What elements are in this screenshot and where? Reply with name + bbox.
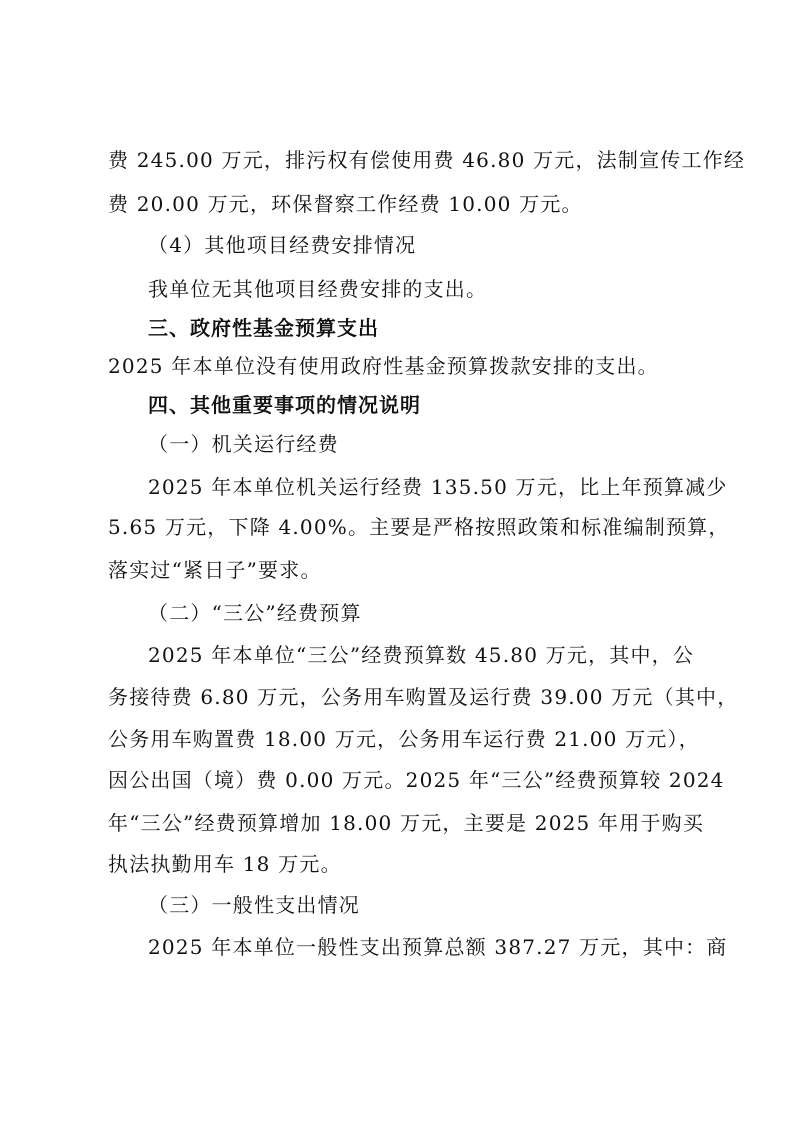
paragraph-line: 公务用车购置费 18.00 万元，公务用车运行费 21.00 万元）， bbox=[108, 725, 688, 753]
paragraph-line: 费 245.00 万元，排污权有偿使用费 46.80 万元，法制宣传工作经 bbox=[108, 146, 688, 174]
paragraph-line: 2025 年本单位机关运行经费 135.50 万元，比上年预算减少 bbox=[148, 473, 688, 501]
heading-other-matters: 四、其他重要事项的情况说明 bbox=[148, 391, 688, 419]
subheading-other-projects: （4）其他项目经费安排情况 bbox=[148, 231, 728, 259]
paragraph-line: 年“三公”经费预算增加 18.00 万元，主要是 2025 年用于购买 bbox=[108, 809, 688, 837]
paragraph-line: 执法执勤用车 18 万元。 bbox=[108, 850, 688, 878]
paragraph-line: 5.65 万元，下降 4.00%。主要是严格按照政策和标准编制预算， bbox=[108, 513, 688, 541]
paragraph-line: 2025 年本单位一般性支出预算总额 387.27 万元，其中：商 bbox=[148, 933, 688, 961]
paragraph-line: 务接待费 6.80 万元，公务用车购置及运行费 39.00 万元（其中， bbox=[108, 683, 688, 711]
paragraph-line: 2025 年本单位没有使用政府性基金预算拨款安排的支出。 bbox=[108, 352, 688, 380]
paragraph-line: 落实过“紧日子”要求。 bbox=[108, 556, 688, 584]
paragraph-line: 因公出国（境）费 0.00 万元。2025 年“三公”经费预算较 2024 bbox=[108, 766, 688, 794]
paragraph-line: 2025 年本单位“三公”经费预算数 45.80 万元，其中，公 bbox=[148, 641, 688, 669]
subheading-three-public: （二）“三公”经费预算 bbox=[148, 599, 728, 627]
subheading-operating-costs: （一）机关运行经费 bbox=[148, 430, 728, 458]
subheading-general-expenditure: （三）一般性支出情况 bbox=[148, 891, 728, 919]
paragraph-line: 费 20.00 万元，环保督察工作经费 10.00 万元。 bbox=[108, 190, 688, 218]
heading-government-fund: 三、政府性基金预算支出 bbox=[148, 314, 688, 342]
paragraph-line: 我单位无其他项目经费安排的支出。 bbox=[148, 275, 688, 303]
